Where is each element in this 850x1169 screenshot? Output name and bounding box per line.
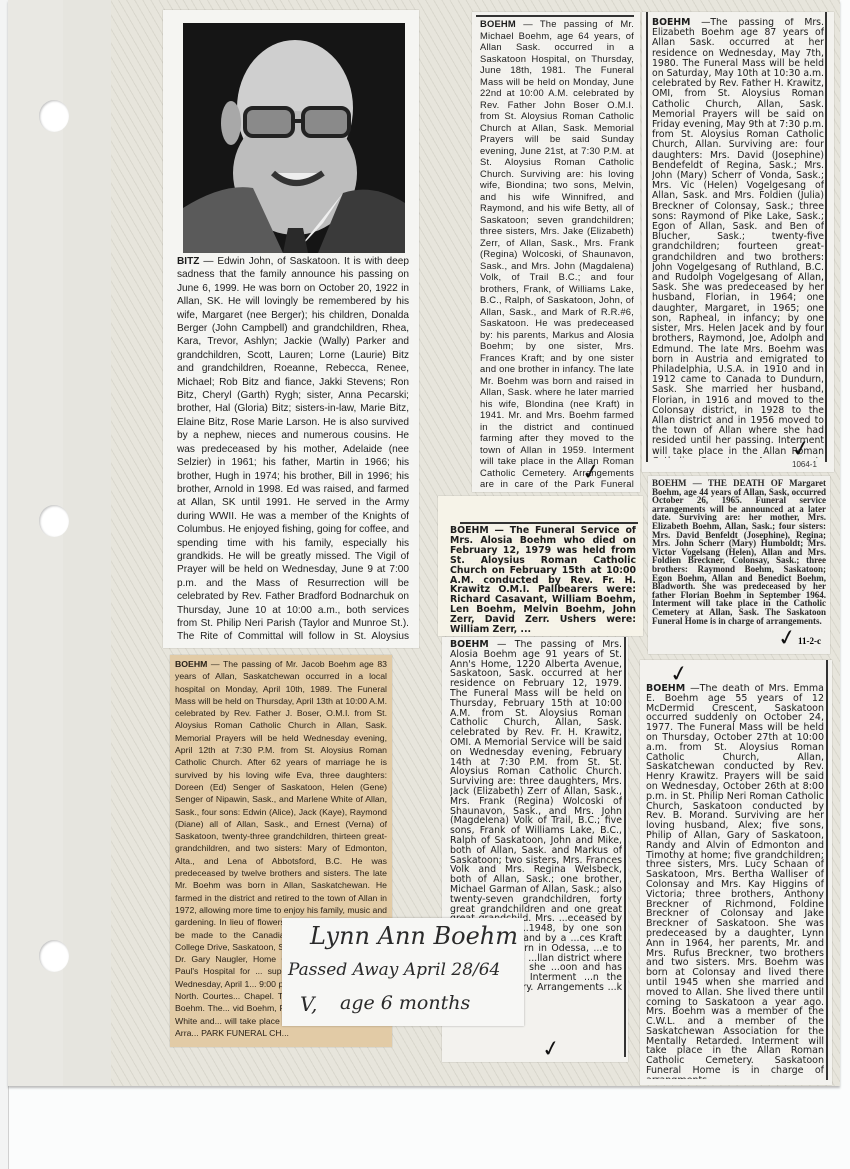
obituary-body: —The death of Mrs. Emma E. Boehm age 55 … — [646, 684, 824, 1079]
portrait-image-icon — [183, 23, 405, 253]
obituary-body: — THE DEATH OF Margaret Boehm, age 44 ye… — [652, 479, 826, 626]
handwritten-note: Lynn Ann Boehm Passed Away April 28/64 V… — [282, 918, 524, 1026]
obituary-text: BOEHM — The Funeral Service of Mrs. Alos… — [450, 526, 636, 634]
binder-margin-inner — [63, 0, 111, 1086]
obituary-surname: BOEHM — [480, 18, 516, 29]
obituary-surname: BOEHM — [175, 659, 207, 669]
obituary-body: — The passing of Mr. Michael Boehm, age … — [480, 18, 634, 488]
divider-rule — [646, 12, 648, 462]
note-mark: V, — [300, 992, 317, 1016]
obituary-surname: BITZ — [177, 256, 199, 267]
divider-rule — [825, 12, 827, 462]
binder-hole-icon — [39, 940, 69, 972]
binder-margin — [8, 0, 64, 1086]
obituary-body: — Edwin John, of Saskatoon. It is with d… — [177, 256, 409, 643]
portrait-photo — [183, 23, 405, 253]
obituary-text: BOEHM — The passing of Mr. Michael Boehm… — [480, 18, 634, 488]
note-date: Passed Away April 28/64 — [288, 960, 500, 980]
clipping-code: 1064-1 — [792, 460, 817, 469]
obituary-text: BOEHM — THE DEATH OF Margaret Boehm, age… — [652, 479, 826, 649]
note-name: Lynn Ann Boehm — [310, 922, 518, 950]
clipping-emma-boehm: ✓ BOEHM —The death of Mrs. Emma E. Boehm… — [640, 660, 832, 1085]
clipping-code: 11-2-c — [798, 636, 821, 646]
obituary-text: BOEHM —The death of Mrs. Emma E. Boehm a… — [646, 684, 824, 1079]
binder-hole-icon — [39, 505, 69, 537]
clipping-bitz: BITZ — Edwin John, of Saskatoon. It is w… — [163, 10, 419, 648]
divider-rule — [826, 660, 828, 1080]
clipping-elizabeth-boehm: BOEHM —The passing of Mrs. Elizabeth Boe… — [642, 12, 834, 472]
clipping-michael-boehm: BOEHM — The passing of Mr. Michael Boehm… — [472, 12, 640, 492]
obituary-text: BITZ — Edwin John, of Saskatoon. It is w… — [177, 255, 409, 643]
obituary-text: BOEHM —The passing of Mrs. Elizabeth Boe… — [652, 18, 824, 458]
binder-hole-icon — [39, 100, 69, 132]
clipping-alosia-funeral-service: BOEHM — The Funeral Service of Mrs. Alos… — [438, 496, 643, 636]
note-age: age 6 months — [340, 992, 470, 1014]
obituary-body: —The passing of Mrs. Elizabeth Boehm age… — [652, 18, 824, 458]
obituary-body: — The Funeral Service of Mrs. Alosia Boe… — [450, 526, 636, 634]
divider-rule — [460, 522, 638, 524]
divider-rule — [624, 637, 626, 1057]
clipping-margaret-boehm: BOEHM — THE DEATH OF Margaret Boehm, age… — [648, 476, 830, 654]
divider-rule — [476, 15, 634, 17]
